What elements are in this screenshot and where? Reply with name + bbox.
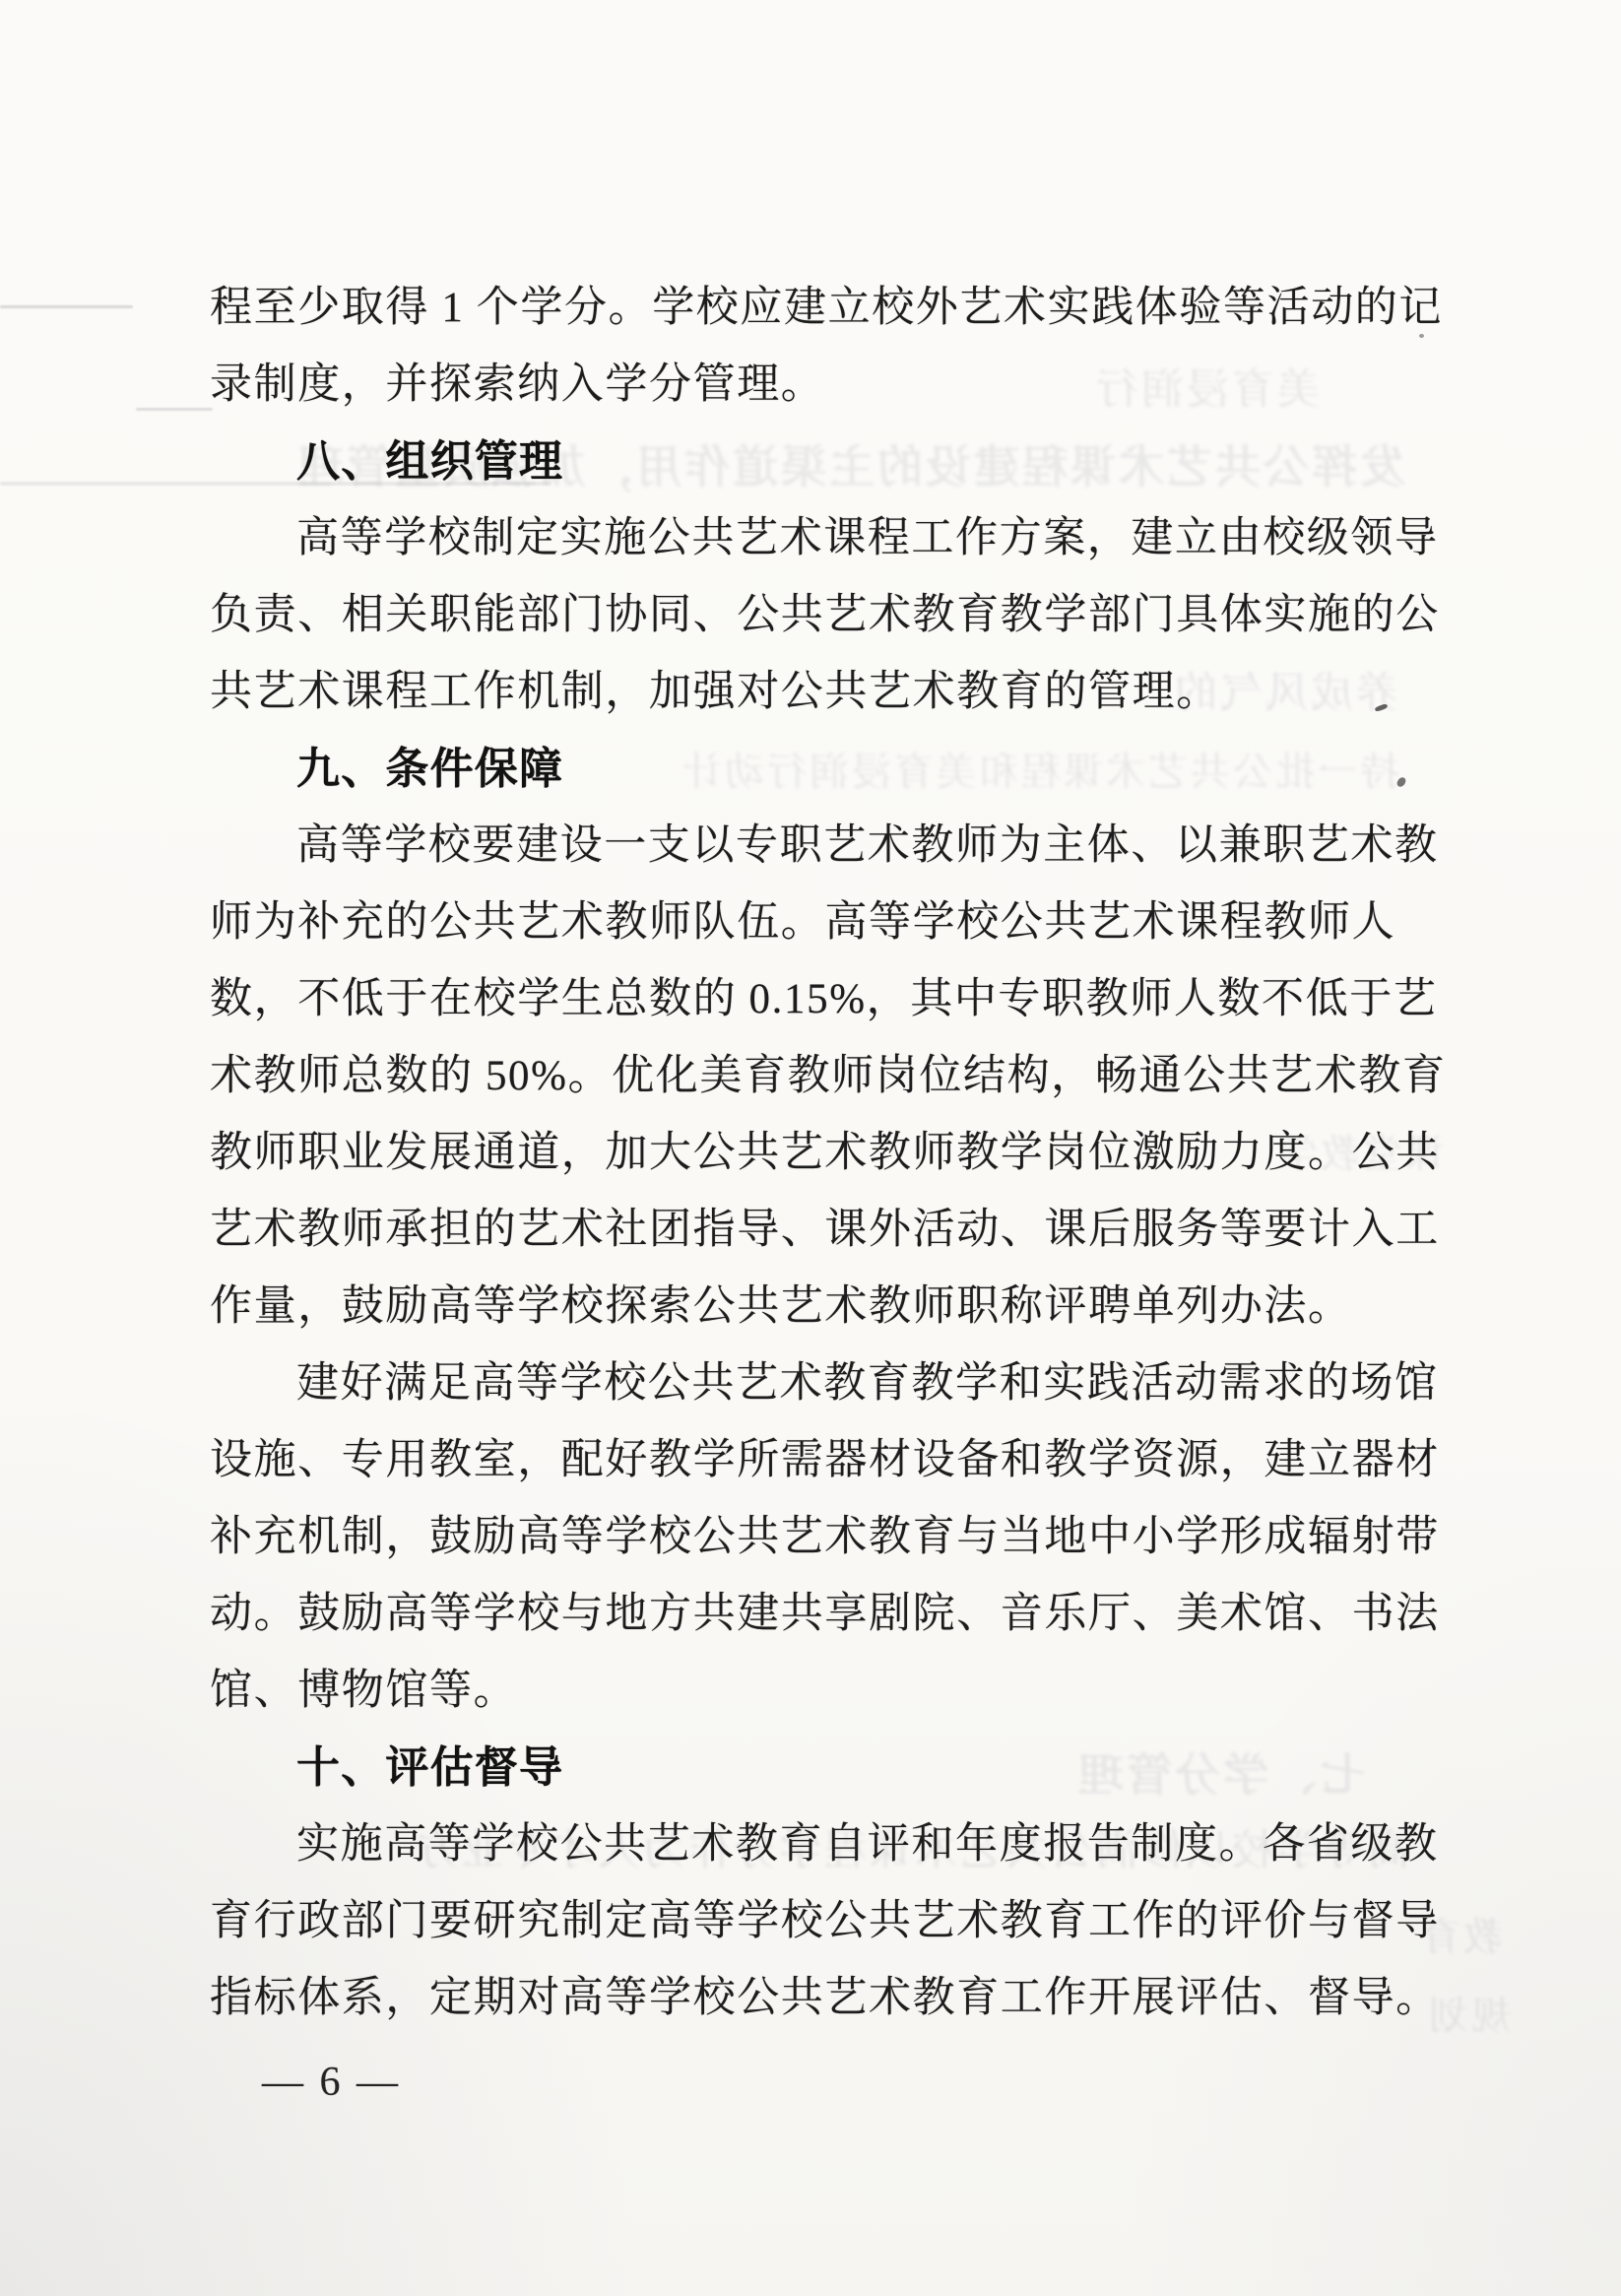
body-line: 育行政部门要研究制定高等学校公共艺术教育工作的评价与督导 <box>210 1883 1437 1960</box>
scanned-document-page: 美育浸润行 发挥公共艺术课程建设的主渠道作用，加强质量管理 养成风气的 持一批公… <box>0 0 1621 2296</box>
page-number: — 6 — <box>262 2055 401 2110</box>
body-line: 术教师总数的 50%。优化美育教师岗位结构，畅通公共艺术教育 <box>210 1038 1437 1115</box>
body-line: 教师职业发展通道，加大公共艺术教师教学岗位激励力度。公共 <box>210 1115 1437 1192</box>
body-line: 程至少取得 1 个学分。学校应建立校外艺术实践体验等活动的记 <box>210 270 1437 347</box>
section-header-organization-management: 八、组织管理 <box>210 424 1437 500</box>
body-line: 共艺术课程工作机制，加强对公共艺术教育的管理。 <box>210 654 1437 731</box>
body-line: 实施高等学校公共艺术教育自评和年度报告制度。各省级教 <box>210 1806 1437 1883</box>
section-header-condition-guarantee: 九、条件保障 <box>210 731 1437 808</box>
body-line: 艺术教师承担的艺术社团指导、课外活动、课后服务等要计入工 <box>210 1192 1437 1269</box>
scan-streak <box>136 408 213 411</box>
scan-streak <box>0 305 133 308</box>
body-line: 高等学校要建设一支以专职艺术教师为主体、以兼职艺术教 <box>210 808 1437 885</box>
body-line: 建好满足高等学校公共艺术教育教学和实践活动需求的场馆 <box>210 1345 1437 1422</box>
body-line: 录制度，并探索纳入学分管理。 <box>210 347 1437 424</box>
body-line: 负责、相关职能部门协同、公共艺术教育教学部门具体实施的公 <box>210 577 1437 654</box>
body-line: 动。鼓励高等学校与地方共建共享剧院、音乐厅、美术馆、书法 <box>210 1576 1437 1653</box>
body-line: 馆、博物馆等。 <box>210 1653 1437 1730</box>
body-line: 设施、专用教室，配好教学所需器材设备和教学资源，建立器材 <box>210 1422 1437 1499</box>
body-line: 高等学校制定实施公共艺术课程工作方案，建立由校级领导 <box>210 500 1437 577</box>
body-line: 作量，鼓励高等学校探索公共艺术教师职称评聘单列办法。 <box>210 1269 1437 1345</box>
body-line: 数，不低于在校学生总数的 0.15%，其中专职教师人数不低于艺 <box>210 961 1437 1038</box>
body-line: 指标体系，定期对高等学校公共艺术教育工作开展评估、督导。 <box>210 1960 1437 2037</box>
text-block: 程至少取得 1 个学分。学校应建立校外艺术实践体验等活动的记 录制度，并探索纳入… <box>210 270 1437 2037</box>
section-header-evaluation-supervision: 十、评估督导 <box>210 1730 1437 1806</box>
body-line: 补充机制，鼓励高等学校公共艺术教育与当地中小学形成辐射带 <box>210 1499 1437 1576</box>
body-line: 师为补充的公共艺术教师队伍。高等学校公共艺术课程教师人 <box>210 885 1437 961</box>
